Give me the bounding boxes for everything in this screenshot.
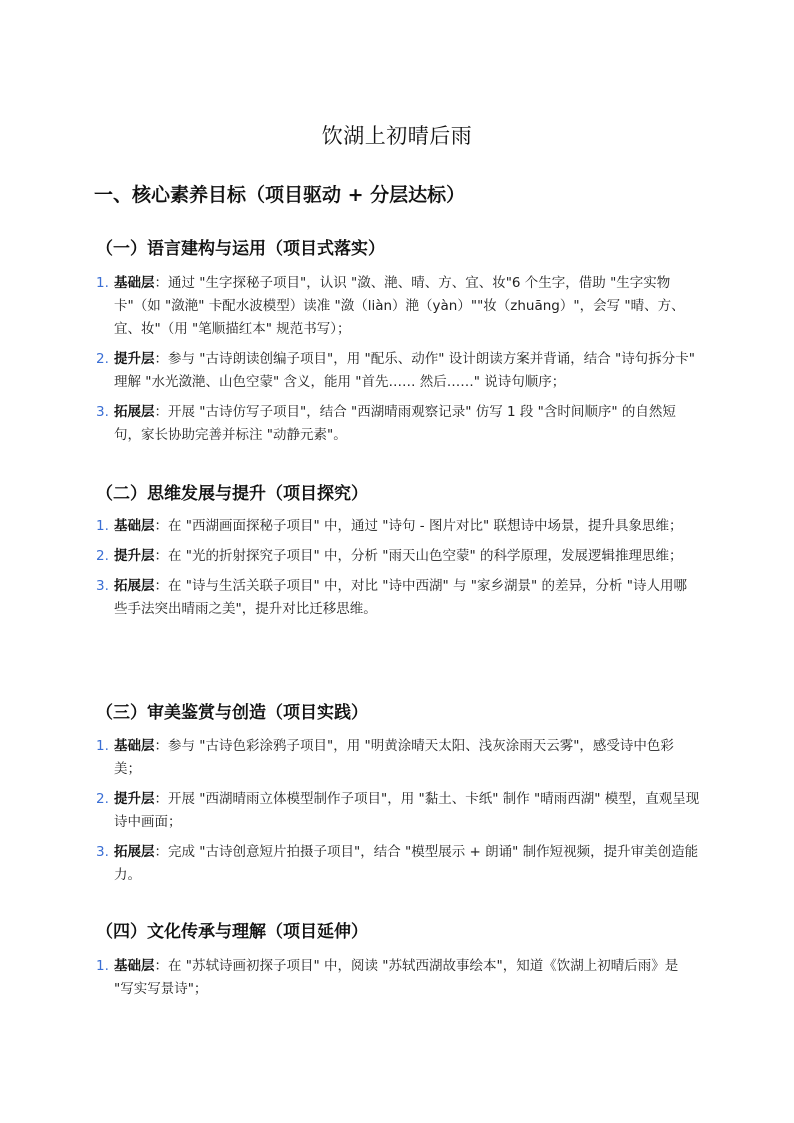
tier-label: 基础层 (114, 518, 155, 534)
list-number: 2. (96, 545, 109, 568)
tier-label: 拓展层 (114, 578, 155, 594)
item-text: ：开展 "古诗仿写子项目"，结合 "西湖晴雨观察记录" 仿写 1 段 "含时间顺… (114, 404, 676, 443)
subsection-4-list: 1. 基础层：在 "苏轼诗画初探子项目" 中，阅读 "苏轼西湖故事绘本"，知道《… (96, 955, 700, 1008)
list-number: 2. (96, 348, 109, 371)
list-number: 3. (96, 841, 109, 864)
section-heading: 一、核心素养目标（项目驱动 + 分层达标） (94, 180, 465, 207)
list-item: 1. 基础层：在 "苏轼诗画初探子项目" 中，阅读 "苏轼西湖故事绘本"，知道《… (96, 955, 700, 1001)
item-text: ：在 "诗与生活关联子项目" 中，对比 "诗中西湖" 与 "家乡湖景" 的差异，… (114, 578, 687, 617)
list-item: 2. 提升层：在 "光的折射探究子项目" 中，分析 "雨天山色空蒙" 的科学原理… (96, 545, 700, 568)
list-item: 1. 基础层：参与 "古诗色彩涂鸦子项目"，用 "明黄涂晴天太阳、浅灰涂雨天云雾… (96, 735, 700, 781)
list-item: 3. 拓展层：在 "诗与生活关联子项目" 中，对比 "诗中西湖" 与 "家乡湖景… (96, 575, 700, 621)
item-text: ：开展 "西湖晴雨立体模型制作子项目"，用 "黏土、卡纸" 制作 "晴雨西湖" … (114, 791, 699, 830)
tier-label: 基础层 (114, 275, 155, 291)
subsection-3-list: 1. 基础层：参与 "古诗色彩涂鸦子项目"，用 "明黄涂晴天太阳、浅灰涂雨天云雾… (96, 735, 700, 894)
item-text: ：在 "西湖画面探秘子项目" 中，通过 "诗句 - 图片对比" 联想诗中场景，提… (155, 518, 683, 534)
item-text: ：参与 "古诗朗读创编子项目"，用 "配乐、动作" 设计朗读方案并背诵，结合 "… (114, 351, 695, 390)
list-number: 2. (96, 788, 109, 811)
list-number: 1. (96, 955, 109, 978)
subsection-heading-3: （三）审美鉴赏与创造（项目实践） (96, 698, 368, 723)
tier-label: 提升层 (114, 351, 155, 367)
list-item: 2. 提升层：参与 "古诗朗读创编子项目"，用 "配乐、动作" 设计朗读方案并背… (96, 348, 700, 394)
tier-label: 基础层 (114, 738, 155, 754)
list-item: 3. 拓展层：开展 "古诗仿写子项目"，结合 "西湖晴雨观察记录" 仿写 1 段… (96, 401, 700, 447)
list-item: 1. 基础层：通过 "生字探秘子项目"，认识 "潋、滟、晴、方、宜、妆"6 个生… (96, 272, 700, 341)
item-text: ：参与 "古诗色彩涂鸦子项目"，用 "明黄涂晴天太阳、浅灰涂雨天云雾"，感受诗中… (114, 738, 674, 777)
subsection-2-list: 1. 基础层：在 "西湖画面探秘子项目" 中，通过 "诗句 - 图片对比" 联想… (96, 515, 700, 628)
tier-label: 拓展层 (114, 404, 155, 420)
item-text: ：在 "光的折射探究子项目" 中，分析 "雨天山色空蒙" 的科学原理，发展逻辑推… (155, 548, 683, 564)
tier-label: 提升层 (114, 548, 155, 564)
list-number: 3. (96, 575, 109, 598)
list-item: 2. 提升层：开展 "西湖晴雨立体模型制作子项目"，用 "黏土、卡纸" 制作 "… (96, 788, 700, 834)
list-number: 3. (96, 401, 109, 424)
item-text: ：在 "苏轼诗画初探子项目" 中，阅读 "苏轼西湖故事绘本"，知道《饮湖上初晴后… (114, 958, 678, 997)
document-page: 饮湖上初晴后雨 一、核心素养目标（项目驱动 + 分层达标） （一）语言建构与运用… (0, 0, 794, 1123)
list-number: 1. (96, 735, 109, 758)
tier-label: 提升层 (114, 791, 155, 807)
list-number: 1. (96, 515, 109, 538)
subsection-heading-2: （二）思维发展与提升（项目探究） (96, 479, 368, 504)
list-number: 1. (96, 272, 109, 295)
list-item: 3. 拓展层：完成 "古诗创意短片拍摄子项目"，结合 "模型展示 + 朗诵" 制… (96, 841, 700, 887)
item-text: ：完成 "古诗创意短片拍摄子项目"，结合 "模型展示 + 朗诵" 制作短视频，提… (114, 844, 698, 883)
item-text: ：通过 "生字探秘子项目"，认识 "潋、滟、晴、方、宜、妆"6 个生字，借助 "… (114, 275, 685, 337)
tier-label: 基础层 (114, 958, 155, 974)
document-title: 饮湖上初晴后雨 (0, 120, 794, 150)
list-item: 1. 基础层：在 "西湖画面探秘子项目" 中，通过 "诗句 - 图片对比" 联想… (96, 515, 700, 538)
subsection-heading-1: （一）语言建构与运用（项目式落实） (96, 234, 385, 259)
subsection-1-list: 1. 基础层：通过 "生字探秘子项目"，认识 "潋、滟、晴、方、宜、妆"6 个生… (96, 272, 700, 454)
tier-label: 拓展层 (114, 844, 155, 860)
subsection-heading-4: （四）文化传承与理解（项目延伸） (96, 917, 368, 942)
